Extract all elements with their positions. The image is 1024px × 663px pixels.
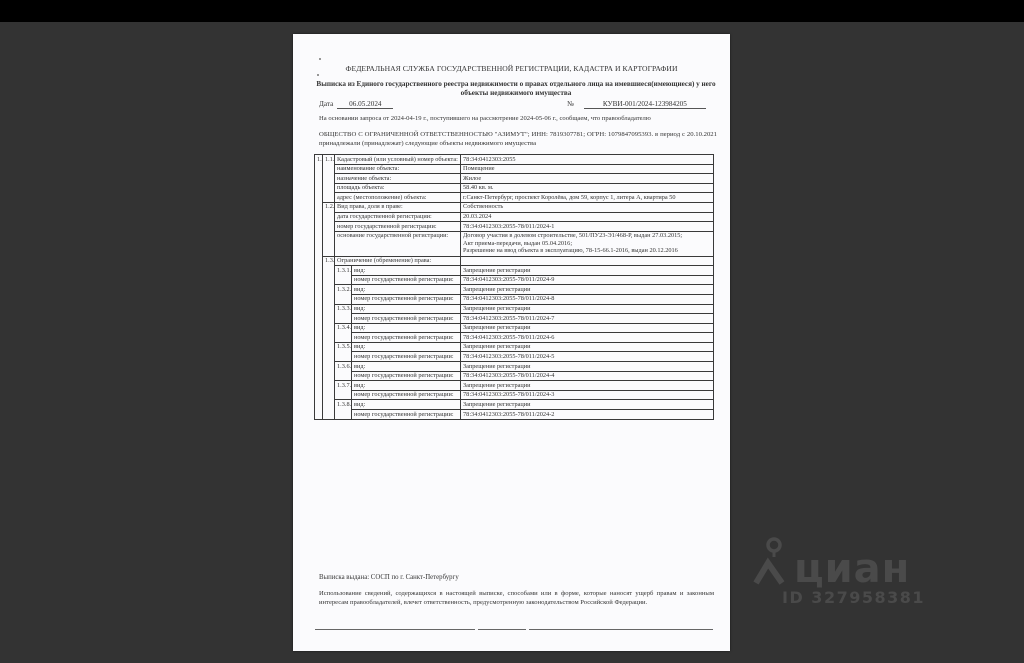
field-label: вид: bbox=[352, 381, 461, 391]
agency-name: ФЕДЕРАЛЬНАЯ СЛУЖБА ГОСУДАРСТВЕННОЙ РЕГИС… bbox=[293, 64, 730, 73]
item-number: 1.3.7. bbox=[335, 381, 352, 400]
item-number: 1.3.5. bbox=[335, 342, 352, 361]
field-value: Жилое bbox=[461, 174, 714, 184]
encumbrance-row: 1.3.Ограничение (обременение) права: bbox=[315, 256, 714, 266]
object-row: назначение объекта:Жилое bbox=[315, 174, 714, 184]
encumbrance-item: 1.3.8.вид:Запрещение регистрации bbox=[315, 400, 714, 410]
field-label: Ограничение (обременение) права: bbox=[335, 256, 461, 266]
encumbrance-item: номер государственной регистрации:78:34:… bbox=[315, 390, 714, 400]
number-value: КУВИ-001/2024-123984205 bbox=[584, 100, 706, 109]
field-label: номер государственной регистрации: bbox=[335, 222, 461, 232]
field-label: наименование объекта: bbox=[335, 164, 461, 174]
right-row: 1.2.Вид права, доля в праве:Собственност… bbox=[315, 202, 714, 212]
encumbrance-item: 1.3.6.вид:Запрещение регистрации bbox=[315, 362, 714, 372]
field-value: г.Санкт-Петербург, проспект Королёва, до… bbox=[461, 193, 714, 203]
signature-line bbox=[529, 629, 713, 630]
scan-speck bbox=[317, 74, 319, 76]
item-number: 1.3.8. bbox=[335, 400, 352, 419]
object-row: 1.1.1.Кадастровый (или условный) номер о… bbox=[315, 155, 714, 165]
encumbrance-item: 1.3.4.вид:Запрещение регистрации bbox=[315, 323, 714, 333]
field-value: Запрещение регистрации bbox=[461, 285, 714, 295]
field-label: основание государственной регистрации: bbox=[335, 231, 461, 256]
field-label: вид: bbox=[352, 266, 461, 276]
field-value: Собственность bbox=[461, 202, 714, 212]
field-label: назначение объекта: bbox=[335, 174, 461, 184]
extract-title: Выписка из Единого государственного реес… bbox=[311, 80, 721, 98]
field-value: 58.40 кв. м. bbox=[461, 183, 714, 193]
location-pin-icon bbox=[752, 533, 794, 585]
owner-text: ОБЩЕСТВО С ОГРАНИЧЕННОЙ ОТВЕТСТВЕННОСТЬЮ… bbox=[319, 130, 717, 148]
field-label: вид: bbox=[352, 323, 461, 333]
encumbrance-item: 1.3.7.вид:Запрещение регистрации bbox=[315, 381, 714, 391]
field-value: Запрещение регистрации bbox=[461, 323, 714, 333]
field-value: Запрещение регистрации bbox=[461, 400, 714, 410]
listing-id: ID 327958381 bbox=[782, 588, 925, 607]
field-label: вид: bbox=[352, 362, 461, 372]
field-label: номер государственной регистрации: bbox=[352, 314, 461, 324]
cian-brand: циан bbox=[794, 546, 910, 592]
item-number: 1.3.2. bbox=[335, 285, 352, 304]
item-number: 1.3.3. bbox=[335, 304, 352, 323]
encumbrance-item: 1.3.3.вид:Запрещение регистрации bbox=[315, 304, 714, 314]
encumbrance-item: номер государственной регистрации:78:34:… bbox=[315, 294, 714, 304]
field-value: 78:34:0412303:2055-78/011/2024-4 bbox=[461, 371, 714, 381]
encumbrance-item: 1.3.2.вид:Запрещение регистрации bbox=[315, 285, 714, 295]
field-value: 20.03.2024 bbox=[461, 212, 714, 222]
field-label: номер государственной регистрации: bbox=[352, 371, 461, 381]
issued-by: Выписка выдана: СОСП по г. Санкт-Петербу… bbox=[319, 574, 459, 581]
signature-line bbox=[315, 629, 475, 630]
field-label: номер государственной регистрации: bbox=[352, 294, 461, 304]
item-number: 1.3.1. bbox=[335, 266, 352, 285]
object-row: площадь объекта:58.40 кв. м. bbox=[315, 183, 714, 193]
field-value: 78:34:0412303:2055-78/011/2024-6 bbox=[461, 333, 714, 343]
field-value: Запрещение регистрации bbox=[461, 342, 714, 352]
field-value: Помещение bbox=[461, 164, 714, 174]
encumbrance-item: номер государственной регистрации:78:34:… bbox=[315, 410, 714, 420]
date-value: 06.05.2024 bbox=[337, 100, 393, 109]
field-label: номер государственной регистрации: bbox=[352, 410, 461, 420]
encumbrance-item: номер государственной регистрации:78:34:… bbox=[315, 314, 714, 324]
encumbrance-item: номер государственной регистрации:78:34:… bbox=[315, 371, 714, 381]
field-value: Запрещение регистрации bbox=[461, 362, 714, 372]
object-row: адрес (местоположение) объекта:г.Санкт-П… bbox=[315, 193, 714, 203]
number-label: № bbox=[567, 100, 574, 108]
field-value: 78:34:0412303:2055-78/011/2024-9 bbox=[461, 275, 714, 285]
field-label: вид: bbox=[352, 342, 461, 352]
field-label: номер государственной регистрации: bbox=[352, 333, 461, 343]
field-value: 78:34:0412303:2055 bbox=[461, 155, 714, 165]
right-row: номер государственной регистрации:78:34:… bbox=[315, 222, 714, 232]
encumbrance-item: 1.3.1.вид:Запрещение регистрации bbox=[315, 266, 714, 276]
date-line: Дата06.05.2024 bbox=[319, 100, 393, 109]
encumbrance-item: номер государственной регистрации:78:34:… bbox=[315, 333, 714, 343]
encumbrance-item: номер государственной регистрации:78:34:… bbox=[315, 352, 714, 362]
object-row: наименование объекта:Помещение bbox=[315, 164, 714, 174]
registry-table: 1.1.1.Кадастровый (или условный) номер о… bbox=[314, 154, 714, 420]
field-value: 78:34:0412303:2055-78/011/2024-5 bbox=[461, 352, 714, 362]
field-label: вид: bbox=[352, 285, 461, 295]
disclaimer: Использование сведений, содержащихся в н… bbox=[319, 590, 714, 607]
document-page: ФЕДЕРАЛЬНАЯ СЛУЖБА ГОСУДАРСТВЕННОЙ РЕГИС… bbox=[293, 34, 730, 651]
signature-line bbox=[478, 629, 526, 630]
scan-speck bbox=[319, 58, 321, 60]
row-number: 1. bbox=[315, 155, 323, 420]
field-label: вид: bbox=[352, 400, 461, 410]
field-value: Запрещение регистрации bbox=[461, 381, 714, 391]
section-number: 1.1. bbox=[323, 155, 335, 203]
field-label: дата государственной регистрации: bbox=[335, 212, 461, 222]
top-bar bbox=[0, 0, 1024, 22]
date-label: Дата bbox=[319, 100, 333, 108]
field-label: вид: bbox=[352, 304, 461, 314]
basis-text: На основании запроса от 2024-04-19 г., п… bbox=[319, 115, 719, 122]
field-label: номер государственной регистрации: bbox=[352, 352, 461, 362]
section-number: 1.3. bbox=[323, 256, 335, 419]
field-label: номер государственной регистрации: bbox=[352, 390, 461, 400]
field-value: Запрещение регистрации bbox=[461, 304, 714, 314]
item-number: 1.3.6. bbox=[335, 362, 352, 381]
field-value: 78:34:0412303:2055-78/011/2024-7 bbox=[461, 314, 714, 324]
field-value: 78:34:0412303:2055-78/011/2024-2 bbox=[461, 410, 714, 420]
field-value: Запрещение регистрации bbox=[461, 266, 714, 276]
field-value: 78:34:0412303:2055-78/011/2024-1 bbox=[461, 222, 714, 232]
field-label: Вид права, доля в праве: bbox=[335, 202, 461, 212]
right-row: дата государственной регистрации:20.03.2… bbox=[315, 212, 714, 222]
field-label: номер государственной регистрации: bbox=[352, 275, 461, 285]
field-value: Договор участия в долевом строительстве,… bbox=[461, 231, 714, 256]
field-value: 78:34:0412303:2055-78/011/2024-8 bbox=[461, 294, 714, 304]
item-number: 1.3.4. bbox=[335, 323, 352, 342]
right-row: основание государственной регистрации:До… bbox=[315, 231, 714, 256]
number-line: №КУВИ-001/2024-123984205 bbox=[567, 100, 706, 109]
encumbrance-item: 1.3.5.вид:Запрещение регистрации bbox=[315, 342, 714, 352]
encumbrance-item: номер государственной регистрации:78:34:… bbox=[315, 275, 714, 285]
section-number: 1.2. bbox=[323, 202, 335, 256]
field-label: адрес (местоположение) объекта: bbox=[335, 193, 461, 203]
field-label: площадь объекта: bbox=[335, 183, 461, 193]
field-value: 78:34:0412303:2055-78/011/2024-3 bbox=[461, 390, 714, 400]
field-label: Кадастровый (или условный) номер объекта… bbox=[335, 155, 461, 165]
